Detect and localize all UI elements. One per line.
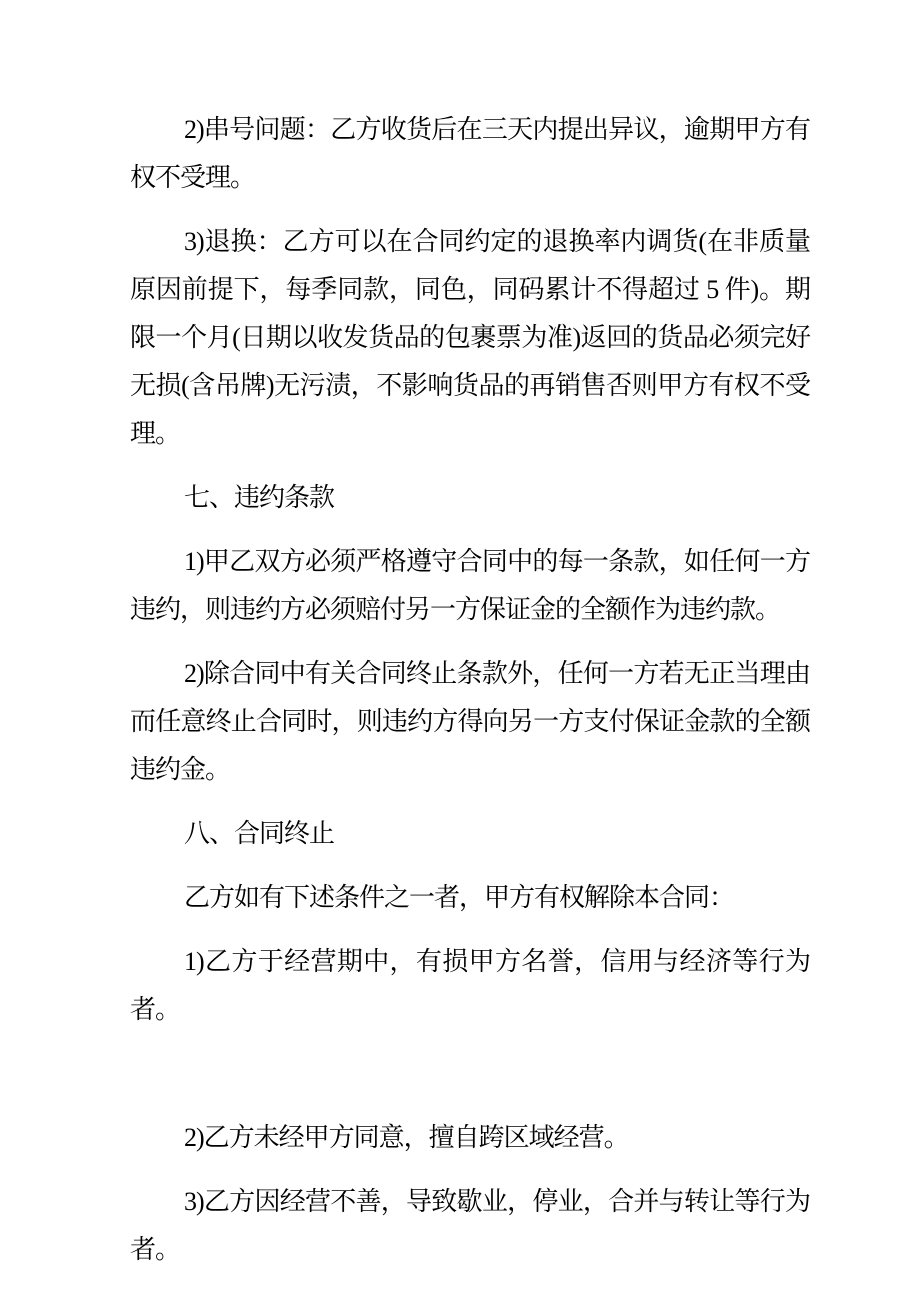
termination-condition-3: 3)乙方因经营不善，导致歇业，停业，合并与转让等行为者。 bbox=[130, 1178, 810, 1274]
clause-breach-2: 2)除合同中有关合同终止条款外，任何一方若无正当理由而任意终止合同时，则违约方得… bbox=[130, 650, 810, 794]
section-heading-breach-terms: 七、违约条款 bbox=[130, 474, 810, 522]
section-heading-contract-termination: 八、合同终止 bbox=[130, 810, 810, 858]
clause-serial-number: 2)串号问题：乙方收货后在三天内提出异议，逾期甲方有权不受理。 bbox=[130, 106, 810, 202]
termination-intro: 乙方如有下述条件之一者，甲方有权解除本合同： bbox=[130, 874, 810, 922]
termination-condition-2: 2)乙方未经甲方同意，擅自跨区域经营。 bbox=[130, 1114, 810, 1162]
clause-breach-1: 1)甲乙双方必须严格遵守合同中的每一条款，如任何一方违约，则违约方必须赔付另一方… bbox=[130, 538, 810, 634]
termination-condition-1: 1)乙方于经营期中，有损甲方名誉，信用与经济等行为者。 bbox=[130, 938, 810, 1034]
contract-document-page: 2)串号问题：乙方收货后在三天内提出异议，逾期甲方有权不受理。 3)退换：乙方可… bbox=[0, 0, 920, 1274]
blank-paragraph bbox=[130, 1050, 810, 1098]
clause-return-policy: 3)退换：乙方可以在合同约定的退换率内调货(在非质量原因前提下，每季同款，同色，… bbox=[130, 218, 810, 458]
